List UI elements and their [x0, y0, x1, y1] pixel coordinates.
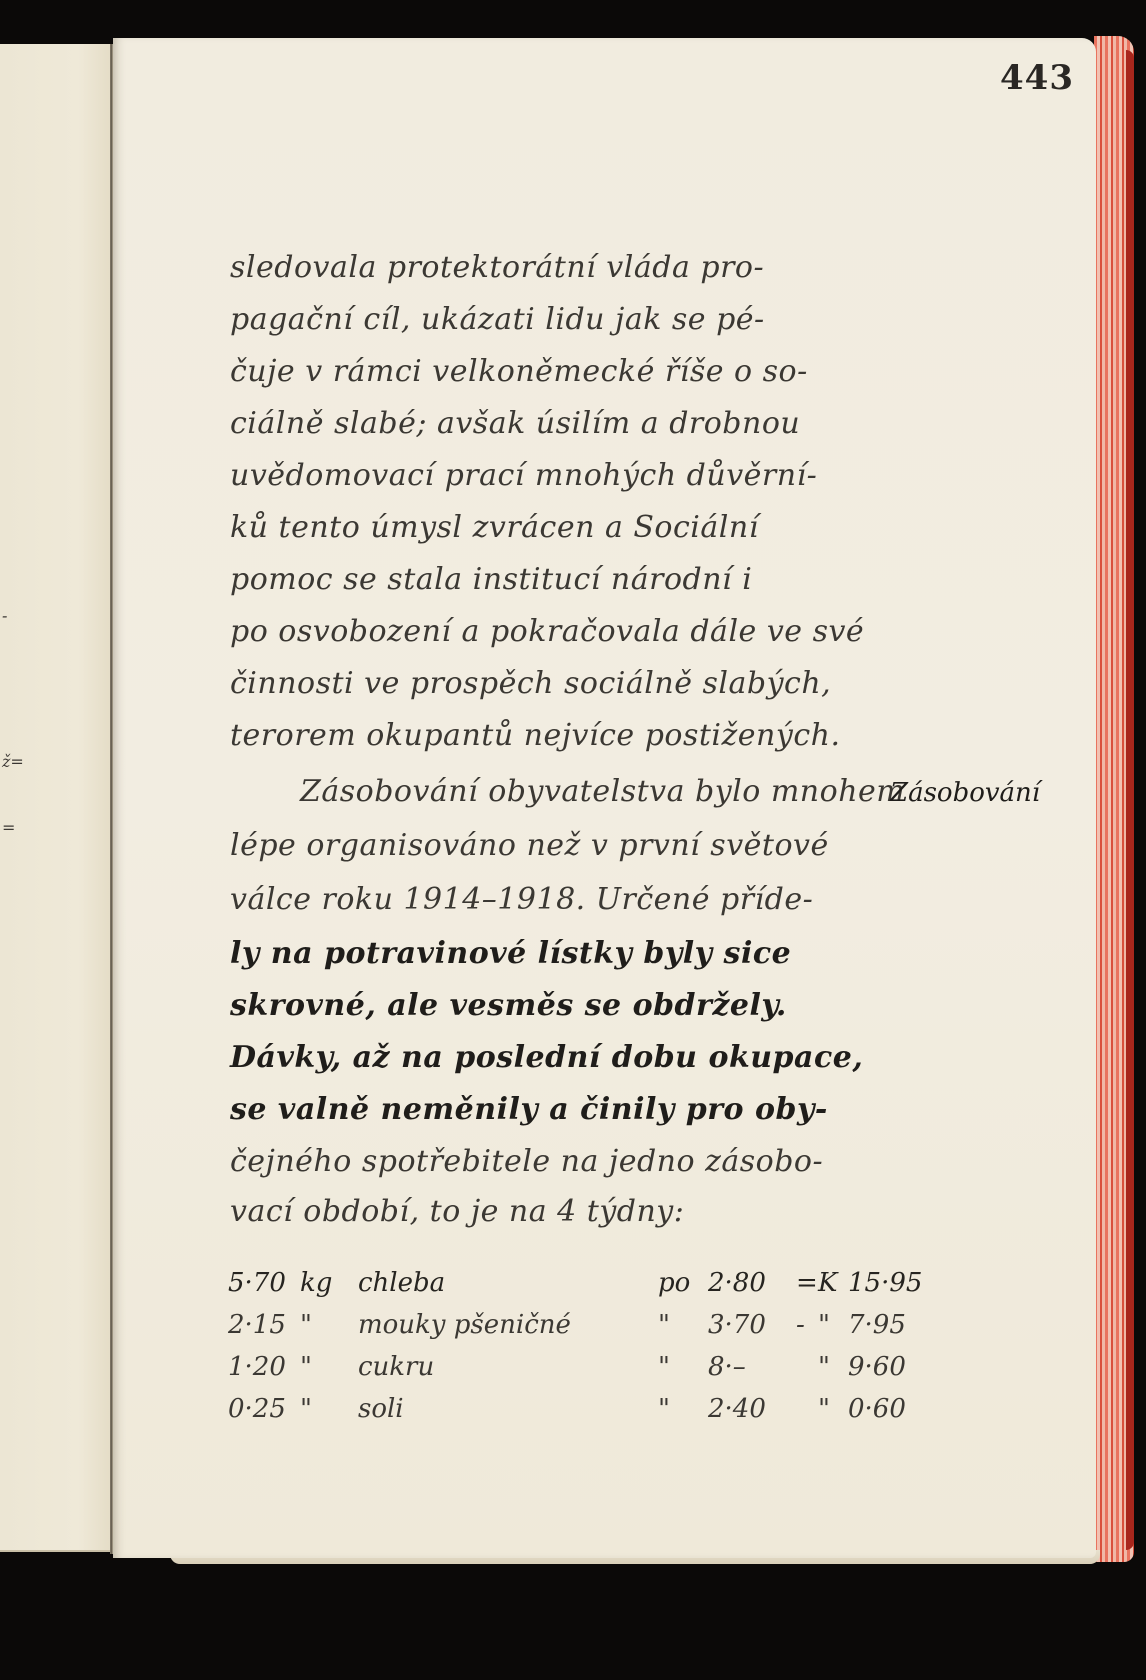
left-page-mark: - — [2, 606, 7, 625]
body-line: sledovala protektorátní vláda pro- — [230, 250, 764, 285]
ration-qty: 2·15 — [228, 1310, 286, 1340]
margin-heading: Zásobování — [890, 778, 1040, 808]
ration-price: 2·80 — [708, 1268, 766, 1298]
ration-per: " — [658, 1394, 670, 1424]
ration-price: 3·70 — [708, 1310, 766, 1340]
ration-total: 0·60 — [848, 1394, 906, 1424]
body-line: pagační cíl, ukázati lidu jak se pé- — [230, 302, 765, 337]
ration-total: 7·95 — [848, 1310, 906, 1340]
ration-currency: K — [818, 1268, 837, 1298]
ration-currency: " — [818, 1352, 830, 1382]
body-line: vací období, to je na 4 týdny: — [230, 1194, 684, 1229]
ration-qty: 0·25 — [228, 1394, 286, 1424]
body-line: skrovné, ale vesměs se obdržely. — [230, 988, 787, 1023]
ration-per: po — [658, 1268, 690, 1298]
ration-equals: - — [796, 1310, 805, 1340]
left-page-mark: = — [2, 818, 15, 837]
ration-item: mouky pšeničné — [358, 1310, 571, 1340]
body-line: ků tento úmysl zvrácen a Sociální — [230, 510, 759, 545]
body-line: pomoc se stala institucí národní i — [230, 562, 752, 597]
ration-item: chleba — [358, 1268, 445, 1298]
ration-qty: 5·70 — [228, 1268, 286, 1298]
ration-row: 1·20 " cukru " 8·– " 9·60 — [228, 1352, 908, 1392]
body-line: ly na potravinové lístky byly sice — [230, 936, 791, 971]
ration-row: 5·70 kg chleba po 2·80 = K 15·95 — [228, 1268, 908, 1308]
page-number: 443 — [1000, 58, 1074, 98]
left-page: - ž= = — [0, 44, 112, 1552]
left-page-mark: ž= — [2, 752, 24, 771]
body-line: uvědomovací prací mnohých důvěrní- — [230, 458, 817, 493]
ration-unit: " — [300, 1394, 312, 1424]
ration-currency: " — [818, 1310, 830, 1340]
ration-per: " — [658, 1352, 670, 1382]
ration-item: cukru — [358, 1352, 434, 1382]
ration-unit: kg — [300, 1268, 332, 1298]
body-line: terorem okupantů nejvíce postižených. — [230, 718, 841, 753]
ration-per: " — [658, 1310, 670, 1340]
body-line: čejného spotřebitele na jedno zásobo- — [230, 1144, 823, 1179]
ration-unit: " — [300, 1352, 312, 1382]
paragraph-start-line: Zásobování obyvatelstva bylo mnohem — [300, 774, 905, 809]
ration-currency: " — [818, 1394, 830, 1424]
body-line: činnosti ve prospěch sociálně slabých, — [230, 666, 831, 701]
ration-price: 8·– — [708, 1352, 746, 1382]
ration-equals: = — [796, 1268, 818, 1298]
body-line: ciálně slabé; avšak úsilím a drobnou — [230, 406, 800, 441]
ration-total: 15·95 — [848, 1268, 922, 1298]
ration-row: 0·25 " soli " 2·40 " 0·60 — [228, 1394, 908, 1434]
body-line: lépe organisováno než v první světové — [230, 828, 829, 863]
body-line: se valně neměnily a činily pro oby- — [230, 1092, 828, 1127]
ration-qty: 1·20 — [228, 1352, 286, 1382]
red-cover-edge — [1126, 50, 1134, 1550]
body-line: po osvobození a pokračovala dále ve své — [230, 614, 864, 649]
body-line: čuje v rámci velkoněmecké říše o so- — [230, 354, 808, 389]
ration-price: 2·40 — [708, 1394, 766, 1424]
ration-item: soli — [358, 1394, 404, 1424]
body-line: Dávky, až na poslední dobu okupace, — [230, 1040, 863, 1075]
ration-unit: " — [300, 1310, 312, 1340]
body-line: válce roku 1914–1918. Určené příde- — [230, 882, 813, 917]
ration-row: 2·15 " mouky pšeničné " 3·70 - " 7·95 — [228, 1310, 908, 1350]
ration-total: 9·60 — [848, 1352, 906, 1382]
